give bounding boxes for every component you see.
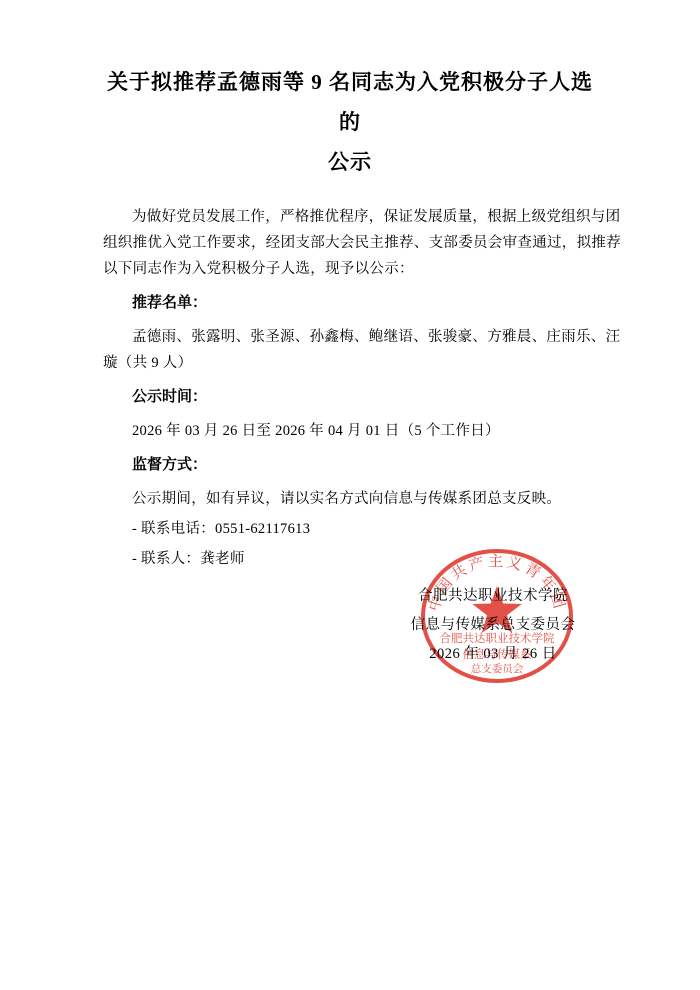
document-title: 关于拟推荐孟德雨等 9 名同志为入党积极分子人选的 公示 (103, 62, 597, 182)
recommend-names: 孟德雨、张露明、张圣源、孙鑫梅、鲍继语、张骏豪、方雅晨、庄雨乐、汪 璇（共 9 … (103, 324, 597, 376)
contact-phone: - 联系电话：0551-62117613 (103, 516, 597, 542)
intro-line-1: 为做好党员发展工作，严格推优程序，保证发展质量，根据上级党组织与团 (103, 204, 597, 230)
document-title-line-1: 关于拟推荐孟德雨等 9 名同志为入党积极分子人选的 (107, 70, 593, 134)
intro-line-3: 以下同志作为入党积极分子人选，现予以公示： (103, 256, 597, 282)
intro-line-2: 组织推优入党工作要求，经团支部大会民主推荐、支部委员会审查通过，拟推荐 (103, 230, 597, 256)
publicity-time-heading: 公示时间： (103, 384, 597, 410)
contact-person: - 联系人：龚老师 (103, 546, 597, 572)
signature-org-line-1: 合肥共达职业技术学院 (383, 582, 603, 611)
publicity-period: 2026 年 03 月 26 日至 2026 年 04 月 01 日（5 个工作… (103, 418, 597, 444)
supervision-heading: 监督方式： (103, 452, 597, 478)
notice-document-page: 中国共产主义青年团 合肥共达职业技术学院 信息与传媒系 总支委员会 关于拟推荐孟… (0, 0, 700, 990)
document-body: 关于拟推荐孟德雨等 9 名同志为入党积极分子人选的 公示 为做好党员发展工作，严… (103, 62, 597, 572)
names-line-1: 孟德雨、张露明、张圣源、孙鑫梅、鲍继语、张骏豪、方雅晨、庄雨乐、汪 (103, 324, 597, 350)
supervision-text: 公示期间，如有异议，请以实名方式向信息与传媒系团总支反映。 (103, 486, 597, 512)
signature-block: 合肥共达职业技术学院 信息与传媒系总支委员会 2026 年 03 月 26 日 (383, 582, 603, 669)
recommend-list-heading: 推荐名单： (103, 290, 597, 316)
signature-date: 2026 年 03 月 26 日 (383, 640, 603, 669)
names-line-2: 璇（共 9 人） (103, 350, 597, 376)
intro-paragraph: 为做好党员发展工作，严格推优程序，保证发展质量，根据上级党组织与团 组织推优入党… (103, 204, 597, 282)
document-title-line-2: 公示 (328, 150, 372, 174)
signature-org-line-2: 信息与传媒系总支委员会 (383, 611, 603, 640)
